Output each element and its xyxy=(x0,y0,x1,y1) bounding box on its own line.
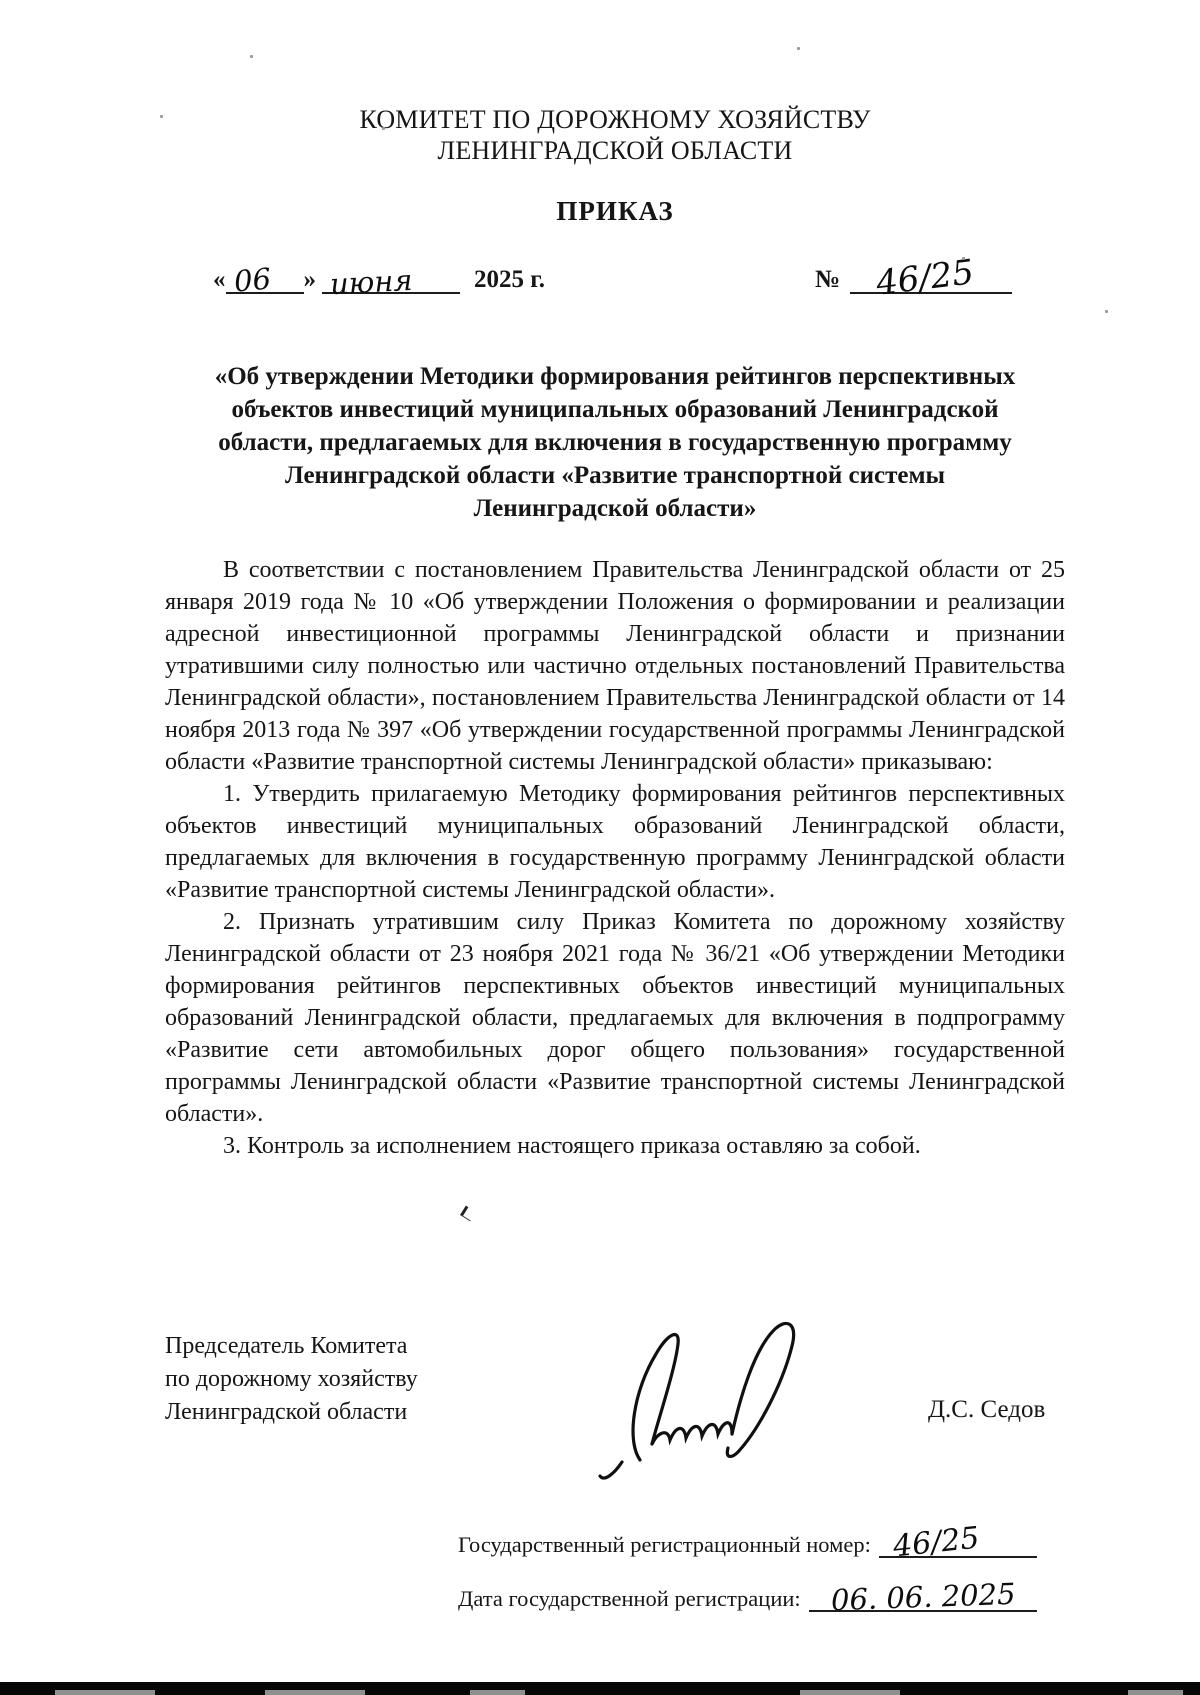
scanner-edge-gray-segment xyxy=(55,1690,155,1695)
order-item-1: 1. Утвердить прилагаемую Методику формир… xyxy=(165,778,1065,906)
order-title-line: Ленинградской области «Развитие транспор… xyxy=(150,459,1080,492)
handwritten-day: 06 xyxy=(232,261,272,298)
handwritten-registration-date: 06. 06. 2025 xyxy=(830,1577,1016,1617)
signer-position-line2: по дорожному хозяйству xyxy=(165,1363,418,1396)
preamble-paragraph: В соответствии с постановлением Правител… xyxy=(165,554,1065,778)
ink-smudge xyxy=(460,1206,476,1222)
scan-speck xyxy=(962,257,965,260)
registration-date-blank: 06. 06. 2025 xyxy=(809,1584,1037,1612)
registration-date-line: Дата государственной регистрации:06. 06.… xyxy=(458,1584,1037,1612)
order-title-line: области, предлагаемых для включения в го… xyxy=(150,426,1080,459)
registration-date-label: Дата государственной регистрации: xyxy=(458,1586,801,1611)
document-date: «06»июня2025 г. xyxy=(213,262,545,294)
close-quote: » xyxy=(304,266,317,293)
signer-position-line3: Ленинградской области xyxy=(165,1396,418,1429)
handwritten-month: июня xyxy=(329,263,413,301)
registration-number-line: Государственный регистрационный номер:46… xyxy=(458,1530,1037,1558)
scan-speck xyxy=(1105,310,1108,313)
scan-speck xyxy=(797,47,800,50)
signer-position-line1: Председатель Комитета xyxy=(165,1330,418,1363)
number-blank-line: 46/25 xyxy=(850,262,1012,294)
document-year: 2025 г. xyxy=(474,266,545,293)
organization-name: КОМИТЕТ ПО ДОРОЖНОМУ ХОЗЯЙСТВУ ЛЕНИНГРАД… xyxy=(165,104,1065,166)
scanner-edge-gray-segment xyxy=(800,1690,900,1695)
order-item-2: 2. Признать утратившим силу Приказ Комит… xyxy=(165,906,1065,1130)
signer-name: Д.С. Седов xyxy=(928,1396,1045,1424)
scanner-edge-gray-segment xyxy=(265,1690,365,1695)
scan-speck xyxy=(250,55,253,58)
signer-position: Председатель Комитета по дорожному хозяй… xyxy=(165,1330,418,1429)
order-title-line: объектов инвестиций муниципальных образо… xyxy=(150,393,1080,426)
month-blank-line: июня xyxy=(322,262,460,294)
organization-name-line1: КОМИТЕТ ПО ДОРОЖНОМУ ХОЗЯЙСТВУ xyxy=(165,104,1065,135)
order-item-3: 3. Контроль за исполнением настоящего пр… xyxy=(165,1130,1065,1162)
scanner-edge-gray-segment xyxy=(1128,1690,1183,1695)
organization-name-line2: ЛЕНИНГРАДСКОЙ ОБЛАСТИ xyxy=(165,135,1065,166)
registration-number-label: Государственный регистрационный номер: xyxy=(458,1532,871,1557)
document-number: №46/25 xyxy=(815,262,1012,294)
scanner-edge-bar xyxy=(0,1682,1200,1695)
order-body: В соответствии с постановлением Правител… xyxy=(165,554,1065,1162)
open-quote: « xyxy=(213,266,226,293)
handwritten-registration-number: 46/25 xyxy=(891,1521,981,1565)
number-sign: № xyxy=(815,266,840,293)
order-title-line: Ленинградской области» xyxy=(150,492,1080,525)
registration-number-blank: 46/25 xyxy=(879,1530,1037,1558)
scan-speck xyxy=(160,115,163,118)
scanner-edge-gray-segment xyxy=(470,1690,525,1695)
handwritten-signature xyxy=(582,1312,872,1487)
scanned-order-page: КОМИТЕТ ПО ДОРОЖНОМУ ХОЗЯЙСТВУ ЛЕНИНГРАД… xyxy=(0,0,1200,1695)
date-and-number-row: «06»июня2025 г. №46/25 xyxy=(0,262,1200,308)
handwritten-number: 46/25 xyxy=(874,252,976,304)
order-title-line: «Об утверждении Методики формирования ре… xyxy=(150,360,1080,393)
scan-speck xyxy=(382,127,385,130)
day-blank-line: 06 xyxy=(226,262,304,294)
document-type-heading: ПРИКАЗ xyxy=(165,196,1065,227)
order-title: «Об утверждении Методики формирования ре… xyxy=(150,360,1080,525)
